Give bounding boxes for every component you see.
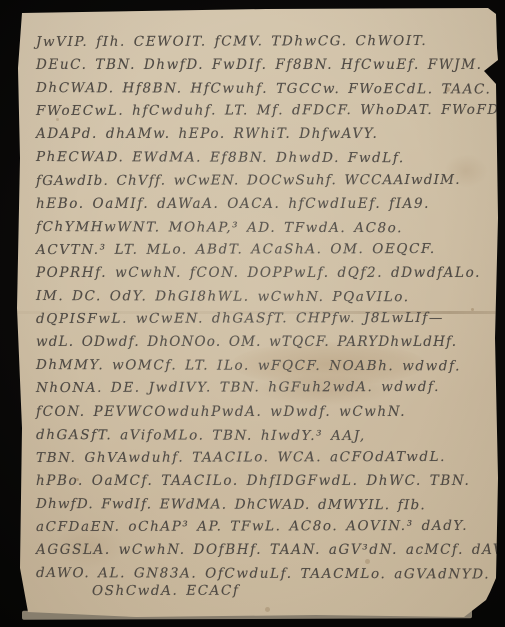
manuscript-line-4: FWoECwL. hfCwduhf. LT. Mf. dFDCF. WhoDAT… [36, 99, 488, 123]
manuscript-line-9: fChYMHwWNT. MOhAP,³ AD. TFwdA. AC8o. [36, 216, 488, 241]
manuscript-line-5: ADAPd. dhAMw. hEPo. RWhiT. DhfwAVY. [36, 123, 488, 146]
manuscript-line-16: NhONA. DE. JwdIVY. TBN. hGFuh2wdA. wdwdf… [36, 376, 488, 400]
manuscript-page: JwVIP. fIh. CEWOIT. fCMV. TDhwCG. ChWOIT… [16, 8, 498, 619]
manuscript-line-13: dQPISFwL. wCwEN. dhGASfT. CHPfw. J8LwLIf… [36, 307, 488, 331]
manuscript-line-22: aCFDaEN. oChAP³ AP. TFwL. AC8o. AOVIN.³ … [36, 515, 488, 539]
manuscript-line-23: AGGSLA. wCwhN. DOfBHf. TAAN. aGV³dN. acM… [36, 539, 488, 562]
manuscript-line-11: POPRHf. wCwhN. fCON. DOPPwLf. dQf2. dDwd… [36, 262, 488, 285]
manuscript-line-8: hEBo. OaMIf. dAWaA. OACA. hfCwdIuEf. fIA… [36, 193, 488, 216]
manuscript-line-20: hPBo. OaMCf. TAACILo. DhfIDGFwdL. DhWC. … [36, 470, 488, 493]
manuscript-line-14: wdL. ODwdf. DhONOo. OM. wTQCF. PARYDhwLd… [36, 331, 488, 354]
manuscript-line-10: ACVTN.³ LT. MLo. ABdT. ACaShA. OM. OEQCF… [36, 238, 488, 262]
foxing-specks [16, 8, 19, 11]
manuscript-line-6: PhECWAD. EWdMA. Ef8BN. DhwdD. FwdLf. [36, 146, 488, 171]
manuscript-line-12: IM. DC. OdY. DhGI8hWL. wCwhN. PQaVILo. [36, 285, 488, 310]
manuscript-line-17: fCON. PEVWCOwduhPwdA. wDwdf. wCwhN. [36, 401, 488, 424]
manuscript-line-1: JwVIP. fIh. CEWOIT. fCMV. TDhwCG. ChWOIT… [36, 30, 488, 54]
manuscript-text: JwVIP. fIh. CEWOIT. fCMV. TDhwCG. ChWOIT… [36, 31, 488, 603]
manuscript-line-21: DhwfD. FwdIf. EWdMA. DhCWAD. dMWYIL. fIb… [36, 493, 488, 518]
manuscript-line-18: dhGASfT. aVifoMLo. TBN. hIwdY.³ AAJ, [36, 424, 488, 449]
manuscript-line-7: fGAwdIb. ChVff. wCwEN. DOCwSuhf. WCCAAIw… [36, 168, 488, 192]
manuscript-line-25: OShCwdA. ECACf [92, 579, 488, 603]
manuscript-line-19: TBN. GhVAwduhf. TAACILo. WCA. aCFOdATwdL… [36, 446, 488, 470]
manuscript-line-2: DEuC. TBN. DhwfD. FwDIf. Ff8BN. HfCwuEf.… [36, 54, 488, 77]
